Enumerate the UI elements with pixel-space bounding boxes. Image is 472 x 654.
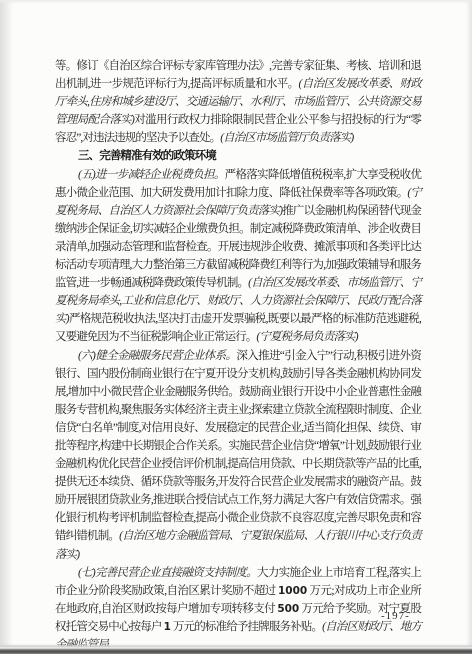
amount-number: 500 <box>277 603 299 615</box>
body-text: 万元的标准给予挂牌服务补贴。 <box>171 621 322 633</box>
page-top-edge-shadow <box>0 0 472 4</box>
attribution-text: (自治区市场监管厅负责落实) <box>220 132 353 144</box>
paragraph: (六)健全金融服务民营企业体系。深入推进“引金入宁”行动,积极引进外资银行、国内… <box>55 347 421 564</box>
page-left-edge-shadow <box>0 0 13 654</box>
amount-number: 1000 <box>278 585 307 597</box>
body-text: 深入推进“引金入宁”行动,积极引进外资银行、国内股份制商业银行在宁夏开设分支机构… <box>55 350 421 543</box>
paragraph: (五)进一步减轻企业税费负担。严格落实降低增值税税率,扩大享受税收优惠小微企业范… <box>55 166 421 347</box>
page-right-edge-shadow <box>466 0 472 654</box>
section-heading: 三、完善精准有效的政策环境 <box>55 147 421 165</box>
document-page: 等。修订《自治区综合评标专家库管理办法》,完善专家征集、考核、培训和退出机制,进… <box>0 0 472 654</box>
attribution-text: (五)进一步减轻企业税费负担。 <box>78 169 225 181</box>
paragraph: (七)完善民营企业直接融资支持制度。大力实施企业上市培育工程,落实上市企业分阶段… <box>55 564 421 654</box>
amount-number: 1 <box>164 621 171 633</box>
attribution-text: (六)健全金融服务民营企业体系。 <box>78 350 236 362</box>
attribution-text: (七)完善民营企业直接融资支持制度。 <box>78 567 257 579</box>
paragraph: 等。修订《自治区综合评标专家库管理办法》,完善专家征集、考核、培训和退出机制,进… <box>55 57 421 147</box>
body-text: 严格规范税收执法,坚决打击虚开发票骗税,既要以最严格的标准防范逃避税,又要避免因… <box>55 313 421 343</box>
page-number: -197- <box>381 610 410 622</box>
attribution-text: (宁夏税务局负责落实) <box>256 331 357 343</box>
text-block: 等。修订《自治区综合评标专家库管理办法》,完善专家征集、考核、培训和退出机制,进… <box>55 57 421 654</box>
